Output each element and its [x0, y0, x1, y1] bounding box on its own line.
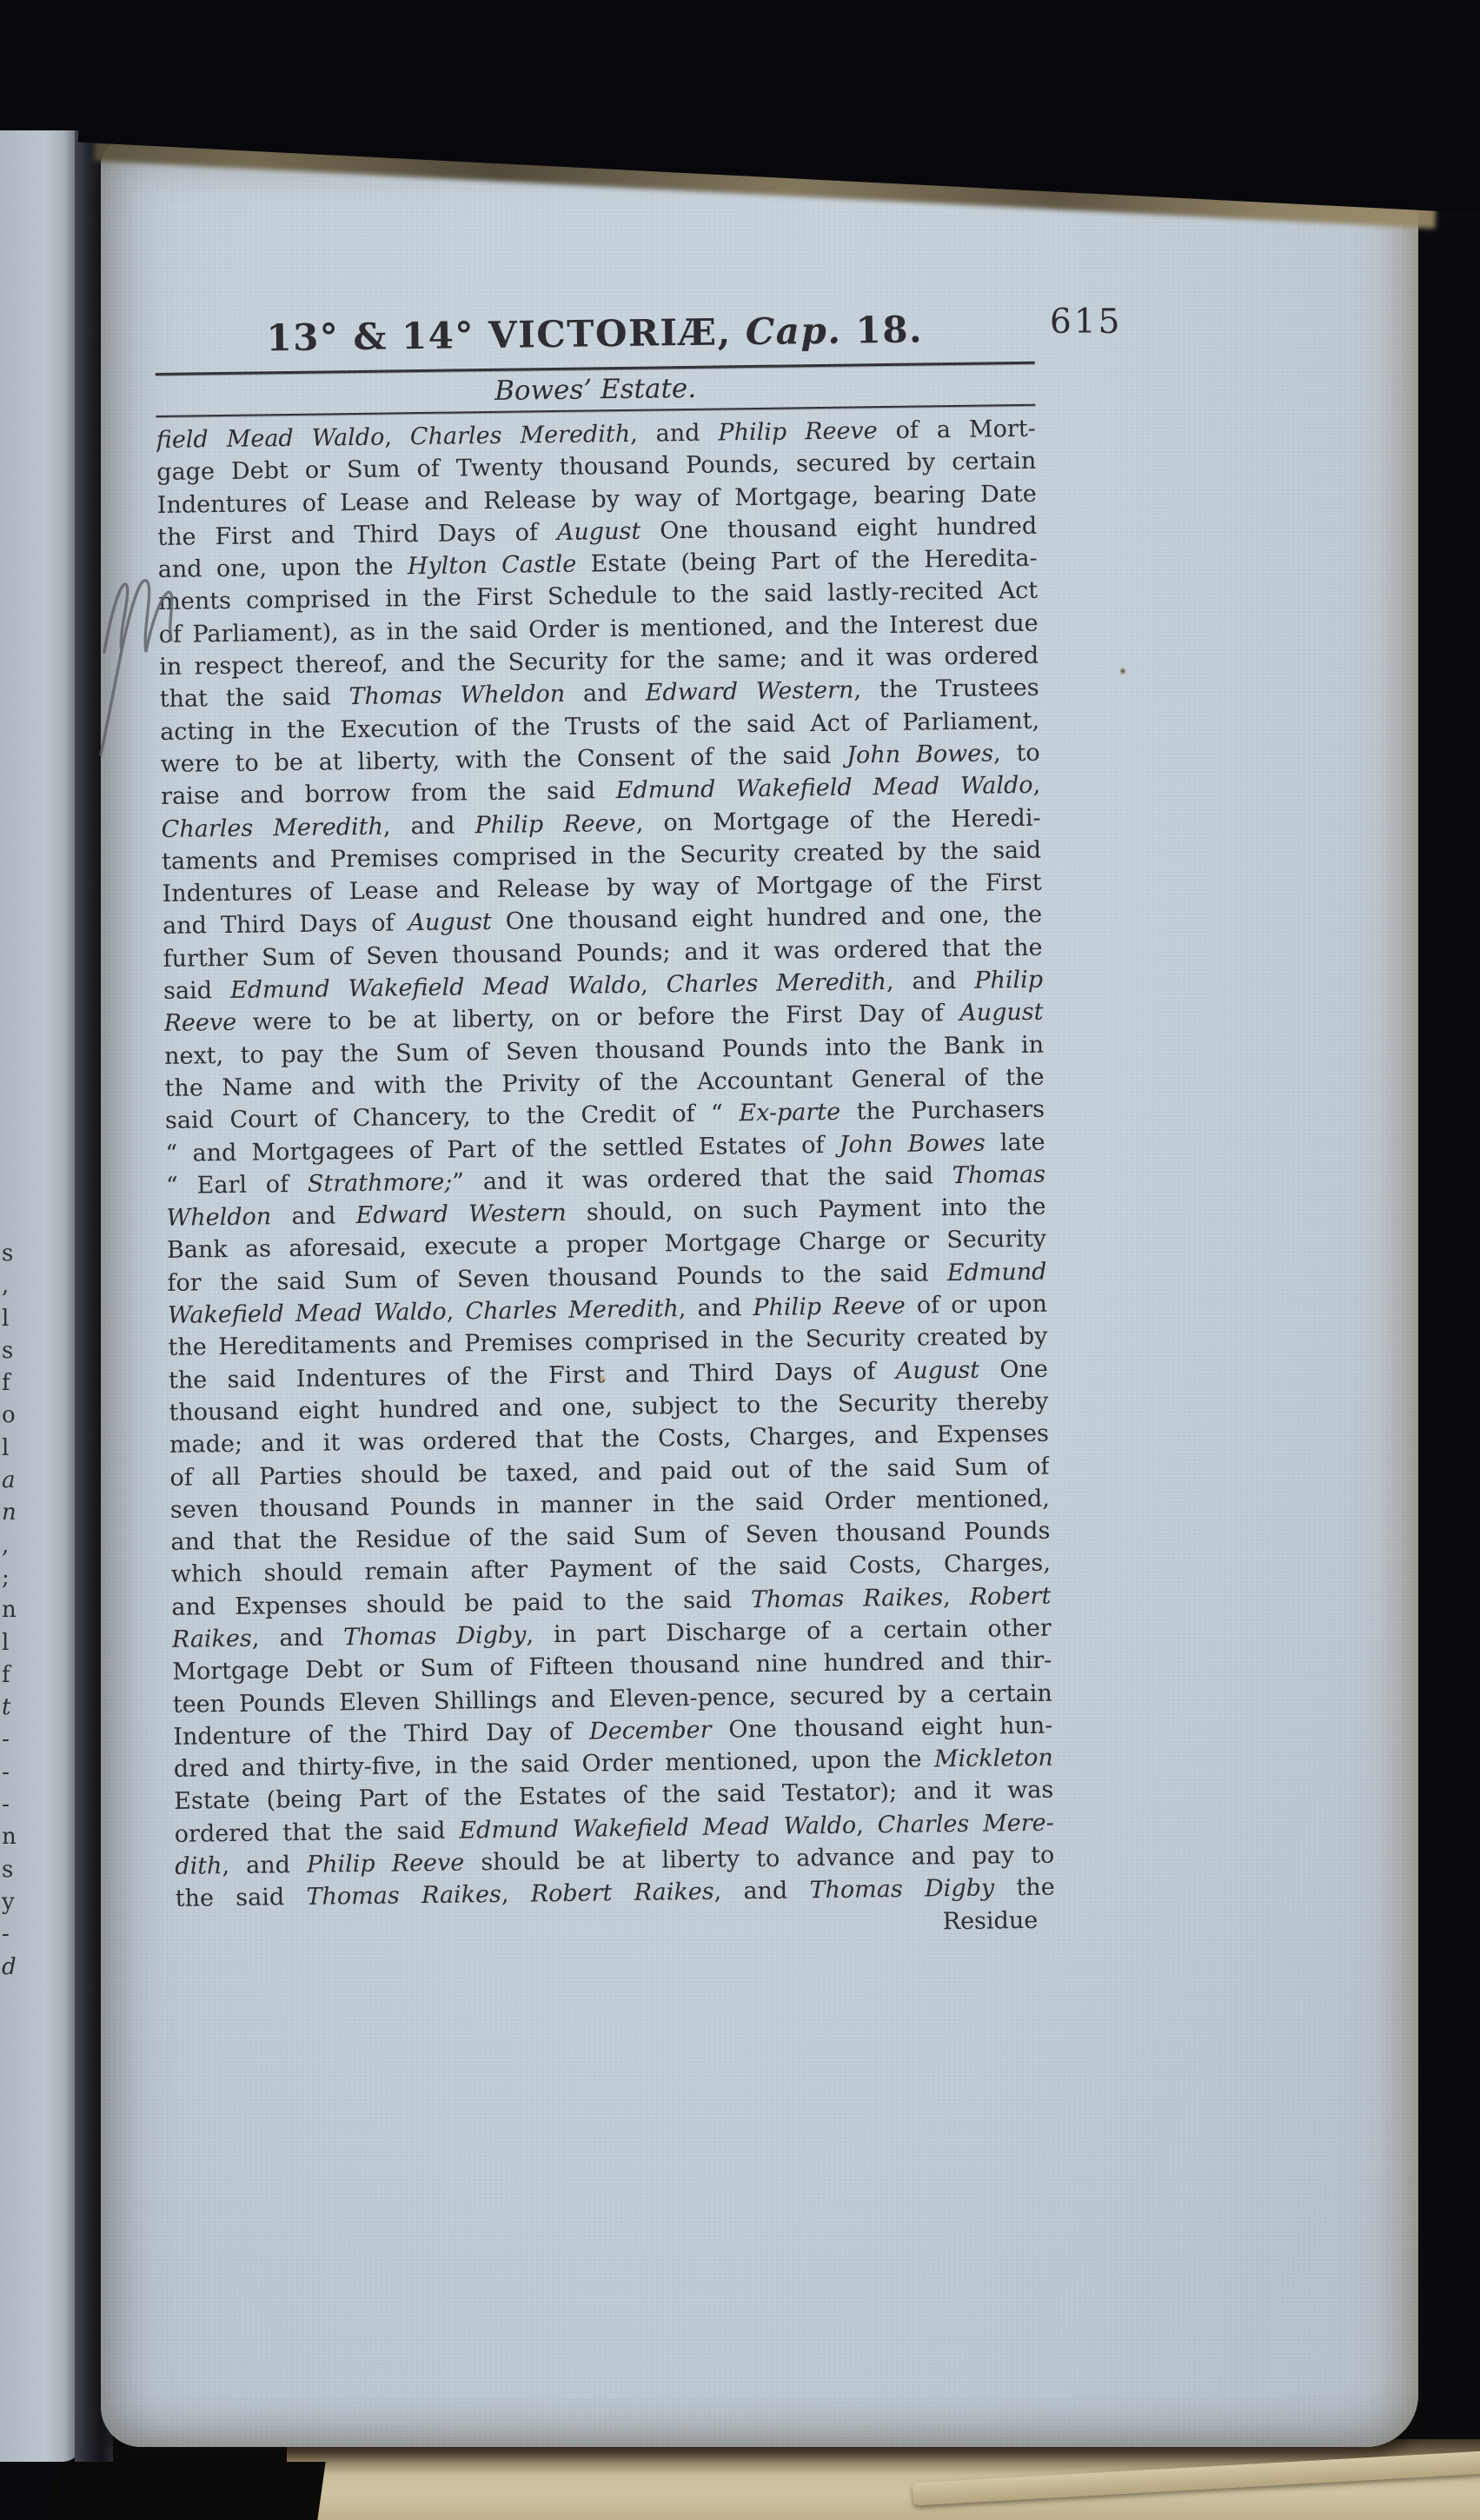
text-segment: upon the — [811, 1746, 934, 1775]
text-segment: of the Heredita- — [820, 545, 1037, 575]
text-segment: Philip Reeve — [307, 1850, 465, 1878]
text-segment: One — [979, 1355, 1048, 1383]
text-segment: One — [711, 1715, 794, 1743]
text-segment: One thousand eight hundred — [640, 513, 1037, 545]
text-segment: Estate — [174, 1787, 250, 1815]
text-segment: , and — [679, 1294, 753, 1322]
text-segment: the First and Third Days of — [157, 519, 557, 551]
text-segment: dith — [175, 1852, 222, 1880]
text-segment: , and — [630, 420, 719, 448]
pencil-scribble-annotation — [85, 548, 198, 808]
text-segment: Philip Reeve — [718, 417, 878, 446]
text-segment: Indenture — [173, 1722, 291, 1751]
text-segment: said — [163, 977, 230, 1005]
text-segment: Robert Raikes — [531, 1878, 714, 1908]
text-segment: , and — [383, 812, 475, 840]
text-segment: John Bowes — [846, 740, 993, 768]
text-segment: of the Third Day of — [291, 1718, 589, 1748]
text-segment: , — [943, 1584, 970, 1611]
text-segment: gage Debt or Sum of Twenty thousand Poun… — [156, 451, 796, 487]
text-segment: n — [2, 1499, 17, 1526]
text-segment: Charles Meredith — [161, 813, 383, 842]
text-segment: December — [589, 1717, 712, 1745]
text-segment: Philip — [974, 967, 1043, 994]
text-segment: the Purchasers — [840, 1096, 1045, 1126]
text-segment: Wheldon — [166, 1203, 271, 1232]
text-segment: , to — [993, 740, 1040, 768]
text-segment: Mortgage Debt or Sum of Fifteen — [172, 1652, 630, 1686]
text-segment: , — [446, 1298, 465, 1325]
text-segment: Ex-parte — [739, 1099, 840, 1127]
text-segment: Edmund Wakefield Mead Waldo — [459, 1812, 856, 1844]
text-segment: Residue — [943, 1907, 1039, 1935]
text-segment: , in — [526, 1620, 596, 1648]
text-segment: Wakefield Mead Waldo — [168, 1299, 447, 1329]
text-segment: , — [640, 971, 667, 998]
text-segment: s — [2, 1338, 13, 1364]
text-segment: - — [2, 1726, 10, 1752]
text-segment: , — [384, 423, 410, 450]
text-segment: and Expenses should be paid to the said — [171, 1586, 751, 1621]
text-segment: , and — [222, 1852, 307, 1879]
text-segment: s — [2, 1240, 13, 1267]
text-segment: Raikes — [172, 1626, 252, 1653]
text-segment: part Discharge — [596, 1619, 786, 1648]
facing-page-line-endings: s,lsfolan,;nlft---nsy-d — [2, 1238, 23, 1984]
text-segment: Edmund Wakefield Mead Waldo — [230, 972, 641, 1004]
text-segment: y — [2, 1889, 15, 1915]
text-segment: August — [408, 908, 492, 936]
text-segment: Philip Reeve — [475, 809, 636, 838]
text-segment: f — [2, 1662, 10, 1688]
text-segment: of — [315, 943, 366, 971]
page-heading: 13° & 14° VICTORIÆ, Cap. 18. — [155, 308, 1035, 361]
text-segment: Edmund — [947, 1258, 1047, 1286]
text-segment: Charles Meredith — [465, 1295, 679, 1325]
text-segment: ” and it was ordered that the said — [452, 1162, 952, 1196]
text-segment: - — [2, 1759, 10, 1785]
text-segment: secured — [790, 1682, 885, 1710]
text-segment: Part — [771, 548, 820, 575]
page-edge-stack-right — [1417, 202, 1480, 2465]
text-segment: August — [557, 518, 641, 546]
text-segment: Reeve — [163, 1009, 236, 1037]
text-segment: further — [163, 944, 262, 972]
text-segment: , and — [252, 1624, 344, 1652]
text-segment: August — [959, 999, 1044, 1027]
text-segment: John Bowes — [839, 1129, 986, 1158]
text-segment: , — [856, 1812, 878, 1838]
text-segment: Thomas — [952, 1160, 1046, 1188]
text-segment: 13° & 14° VICTORIÆ, — [266, 310, 746, 359]
text-segment: Thomas Raikes — [751, 1584, 943, 1613]
text-segment: upon the — [281, 553, 408, 582]
text-segment: ordered that the said — [175, 1817, 460, 1847]
text-segment: , the Trustees — [853, 675, 1039, 704]
text-segment: raise and borrow from the said — [161, 777, 616, 810]
text-segment: Edmund Wakefield Mead Waldo — [615, 772, 1032, 804]
text-segment: by a certain — [884, 1679, 1052, 1709]
text-segment: l — [2, 1630, 9, 1656]
text-segment: and — [271, 1202, 356, 1230]
text-segment: - — [2, 1792, 10, 1818]
text-segment: “ Earl of — [166, 1171, 308, 1200]
text-segment: August — [896, 1356, 980, 1384]
text-segment: thousand Pounds; and it was ordered that… — [438, 934, 1043, 968]
text-segment: t — [2, 1694, 10, 1720]
text-segment: Mickleton — [934, 1745, 1053, 1773]
text-segment: Thomas Digby — [343, 1622, 527, 1652]
text-segment: of or upon — [906, 1291, 1048, 1320]
text-segment: thousand — [793, 1714, 904, 1743]
text-segment: Thomas Raikes — [306, 1881, 501, 1911]
text-segment: eight hun- — [904, 1712, 1052, 1740]
text-segment: , and — [886, 967, 975, 995]
text-segment: (being — [667, 549, 771, 577]
text-segment: and — [565, 680, 646, 708]
text-segment: , on Mortgage of the Heredi- — [636, 804, 1041, 836]
text-segment: , — [2, 1533, 9, 1559]
text-segment: s — [2, 1857, 13, 1883]
scan-surround-top-bar — [0, 0, 1480, 130]
body-text: field Mead Waldo, Charles Meredith, and … — [156, 413, 1056, 1948]
text-segment: l — [2, 1435, 9, 1461]
text-segment: should, on such Payment into the — [566, 1194, 1045, 1227]
text-segment: and Release by way of Mortgage of the Fi… — [418, 869, 1041, 904]
text-segment: Seven — [366, 942, 439, 970]
text-segment: Indentures of Lease — [162, 877, 418, 908]
text-segment: should be at liberty to advance and pay … — [464, 1842, 1054, 1877]
text-segment: Philip Reeve — [753, 1293, 906, 1321]
text-segment: a — [2, 1467, 16, 1493]
text-segment: ; — [2, 1565, 10, 1591]
text-segment: Thomas Wheldon — [348, 681, 565, 710]
text-segment: late — [986, 1128, 1045, 1156]
text-segment: l — [2, 1306, 9, 1332]
text-segment: Strathmore; — [308, 1168, 453, 1197]
text-segment: Robert — [970, 1582, 1052, 1610]
text-segment: Sum — [262, 943, 315, 971]
text-segment: , — [2, 1273, 9, 1299]
text-segment: Cap. — [745, 309, 841, 353]
text-segment: Estate — [576, 550, 667, 578]
text-segment: taments — [162, 847, 272, 875]
book-page: 615 13° & 14° VICTORIÆ, Cap. 18. Bowes’ … — [101, 141, 1418, 2447]
text-segment: Edward Western — [355, 1200, 567, 1229]
text-segment: n — [2, 1597, 17, 1623]
text-segment: the — [994, 1874, 1055, 1902]
text-segment: d — [2, 1954, 17, 1980]
text-segment: Charles Mere- — [877, 1809, 1053, 1838]
text-segment: the said — [176, 1884, 307, 1912]
text-segment: Charles Meredith — [410, 421, 631, 450]
text-segment: Edward Western — [645, 677, 853, 707]
text-segment: thousand nine hundred and — [629, 1648, 985, 1679]
printed-text-area: 13° & 14° VICTORIÆ, Cap. 18. Bowes’ Esta… — [155, 308, 1055, 1948]
text-segment: dred and thirty-five, in the said Order … — [174, 1747, 812, 1783]
text-segment: Charles Meredith — [667, 968, 887, 998]
text-segment: field Mead Waldo — [156, 424, 385, 454]
text-segment: n — [2, 1824, 17, 1850]
text-segment: , and — [713, 1878, 809, 1905]
text-segment: - — [2, 1921, 10, 1947]
text-segment: , — [1032, 772, 1040, 799]
bottom-left-shadow — [48, 2462, 325, 2520]
text-segment: , — [501, 1881, 531, 1908]
text-segment: said Court of Chancery, to the Credit of… — [165, 1100, 740, 1135]
text-segment: o — [2, 1402, 16, 1428]
text-segment: of a certain other — [786, 1615, 1052, 1646]
text-segment: and one, the — [881, 901, 1043, 930]
text-segment: 18. — [841, 308, 923, 351]
text-segment: secured by certain — [796, 448, 1037, 478]
text-segment: f — [2, 1370, 10, 1396]
text-segment: Hylton Castle — [408, 551, 577, 581]
page-number: 615 — [1050, 303, 1122, 342]
text-segment: thir- — [985, 1647, 1052, 1675]
text-segment: One thousand eight hundred — [492, 904, 881, 936]
text-segment: of a Mort- — [877, 416, 1035, 444]
text-segment: teen Pounds Eleven Shillings and Eleven-… — [173, 1683, 790, 1718]
scan-background: { "header": { "title_segments": [ {"t": … — [0, 0, 1480, 2520]
text-segment: Thomas Digby — [809, 1875, 994, 1905]
text-segment: and Third Days of — [163, 910, 408, 941]
